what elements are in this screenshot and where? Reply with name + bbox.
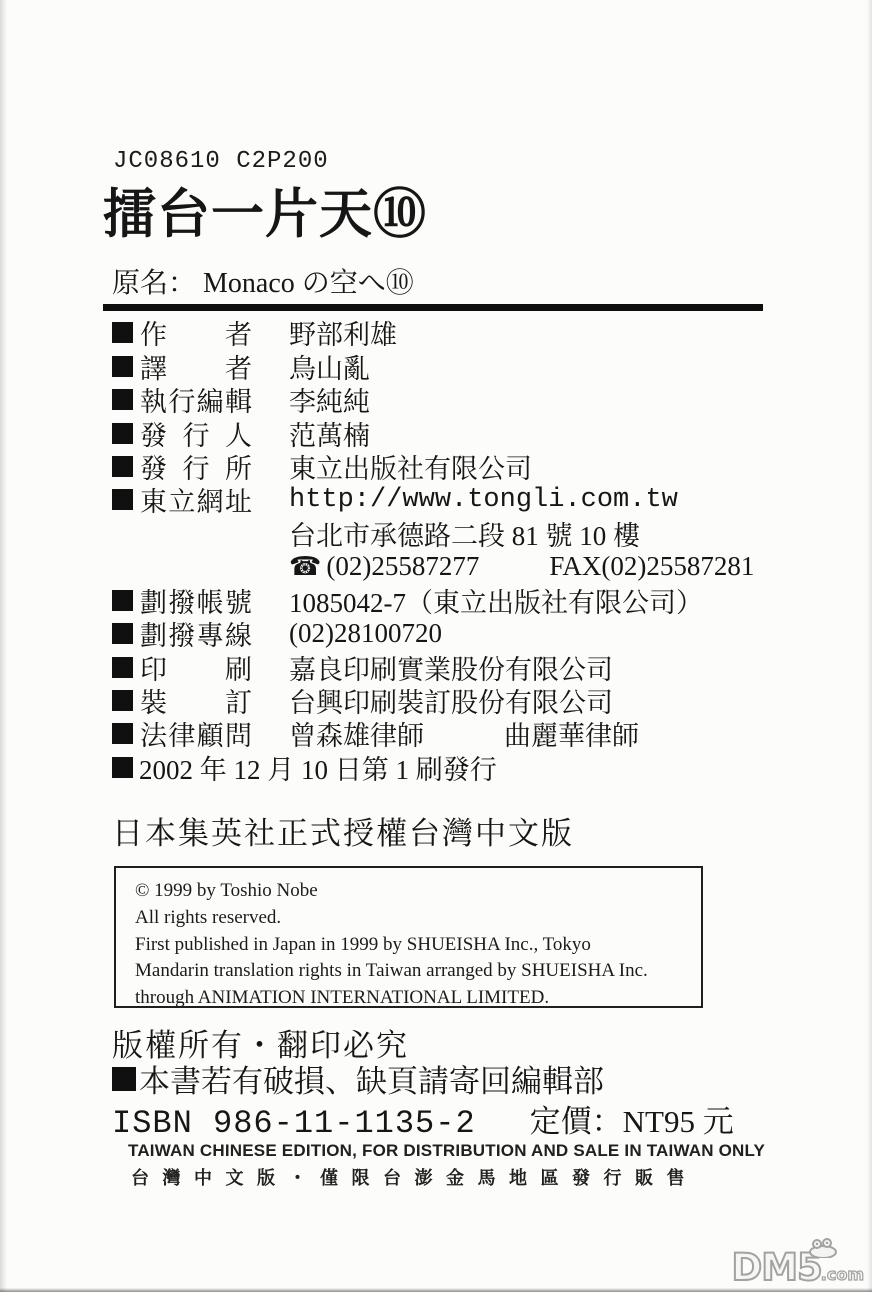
product-code: JC08610 C2P200 bbox=[113, 148, 329, 175]
authorized-edition-line: 日本集英社正式授權台灣中文版 bbox=[112, 808, 574, 853]
bullet-square-icon bbox=[112, 623, 133, 644]
watermark-suffix: .com bbox=[821, 1267, 864, 1285]
info-row-editor: 執行編輯 李純純 bbox=[112, 383, 812, 416]
license-line-mandarin: Mandarin translation rights in Taiwan ar… bbox=[135, 958, 693, 985]
info-row-print-date: 2002 年 12 月 10 日第 1 刷發行 bbox=[112, 751, 812, 784]
original-title: 原名： Monaco の空へ⑩ bbox=[112, 261, 414, 301]
license-box: © 1999 by Toshio Nobe All rights reserve… bbox=[114, 866, 703, 1008]
lawyer-name: 曲麗華律師 bbox=[504, 714, 639, 753]
license-line-through: through ANIMATION INTERNATIONAL LIMITED. bbox=[135, 985, 693, 1012]
bullet-square-icon bbox=[112, 757, 133, 778]
return-notice: 本書若有破損、缺頁請寄回編輯部 bbox=[139, 1056, 604, 1101]
price-label: 定價：NT95 元 bbox=[530, 1096, 734, 1141]
isbn-number: ISBN 986-11-1135-2 bbox=[112, 1105, 476, 1142]
bullet-square-icon bbox=[112, 590, 133, 611]
info-label: 東立網址 bbox=[140, 480, 252, 519]
bullet-square-icon bbox=[112, 1067, 136, 1091]
license-line-first-pub: First published in Japan in 1999 by SHUE… bbox=[135, 932, 693, 959]
bullet-square-icon bbox=[112, 690, 133, 711]
info-row-binder: 裝訂 台興印刷裝訂股份有限公司 bbox=[112, 684, 812, 717]
info-row-author: 作者 野部利雄 bbox=[112, 316, 812, 349]
print-date: 2002 年 12 月 10 日第 1 刷發行 bbox=[139, 748, 497, 787]
info-value: 東立出版社有限公司 bbox=[289, 447, 532, 486]
isbn-price-row: ISBN 986-11-1135-2 定價：NT95 元 bbox=[112, 1096, 734, 1142]
publisher-address: 台北市承德路二段 81 號 10 樓 bbox=[289, 514, 640, 553]
bullet-square-icon bbox=[112, 723, 133, 744]
info-value: 1085042-7（東立出版社有限公司） bbox=[289, 581, 703, 620]
info-row-publisher-company: 發行所 東立出版社有限公司 bbox=[112, 450, 812, 483]
book-title: 擂台一片天⑩ bbox=[103, 181, 427, 250]
fax-number: FAX(02)25587281 bbox=[549, 551, 754, 582]
bullet-square-icon bbox=[112, 389, 133, 410]
return-notice-row: 本書若有破損、缺頁請寄回編輯部 bbox=[112, 1056, 604, 1101]
bullet-square-icon bbox=[112, 456, 133, 477]
divider-rule bbox=[103, 304, 763, 311]
colophon-page: JC08610 C2P200 擂台一片天⑩ 原名： Monaco の空へ⑩ 作者… bbox=[0, 0, 872, 1292]
info-row-phone: ☎ (02)25587277 FAX(02)25587281 bbox=[112, 550, 812, 583]
scan-edge-right bbox=[867, 0, 872, 1292]
info-row-legal: 法律顧問 曾森雄律師 曲麗華律師 bbox=[112, 717, 812, 750]
info-row-printer: 印刷 嘉良印刷實業股份有限公司 bbox=[112, 650, 812, 683]
bullet-square-icon bbox=[112, 657, 133, 678]
info-row-postal-line: 劃撥專線 (02)28100720 bbox=[112, 617, 812, 650]
info-row-translator: 譯者 鳥山亂 bbox=[112, 349, 812, 382]
info-row-postal-account: 劃撥帳號 1085042-7（東立出版社有限公司） bbox=[112, 584, 812, 617]
bullet-square-icon bbox=[112, 423, 133, 444]
phone-number: (02)25587277 bbox=[326, 551, 479, 582]
bullet-square-icon bbox=[112, 356, 133, 377]
bullet-square-icon bbox=[112, 489, 133, 510]
dm5-watermark: DM5 .com bbox=[731, 1249, 864, 1286]
license-line-rights: All rights reserved. bbox=[135, 905, 693, 932]
info-row-website: 東立網址 http://www.tongli.com.tw bbox=[112, 483, 812, 516]
bullet-square-icon bbox=[112, 322, 133, 343]
distribution-notice-en: TAIWAN CHINESE EDITION, FOR DISTRIBUTION… bbox=[128, 1141, 765, 1161]
phone-icon: ☎ bbox=[289, 552, 321, 582]
distribution-notice-zh: 台灣中文版・僅限台澎金馬地區發行販售 bbox=[131, 1164, 698, 1190]
scan-edge-left bbox=[0, 0, 7, 1292]
info-value: (02)28100720 bbox=[289, 618, 442, 649]
license-line-copyright: © 1999 by Toshio Nobe bbox=[135, 878, 693, 905]
frog-mascot-icon bbox=[806, 1238, 840, 1258]
info-row-publisher-person: 發行人 范萬楠 bbox=[112, 416, 812, 449]
info-row-address: 台北市承德路二段 81 號 10 樓 bbox=[112, 517, 812, 550]
colophon-info: 作者 野部利雄 譯者 鳥山亂 執行編輯 李純純 發行人 范萬楠 發行所 東立出版… bbox=[112, 316, 812, 784]
website-url: http://www.tongli.com.tw bbox=[289, 485, 678, 515]
